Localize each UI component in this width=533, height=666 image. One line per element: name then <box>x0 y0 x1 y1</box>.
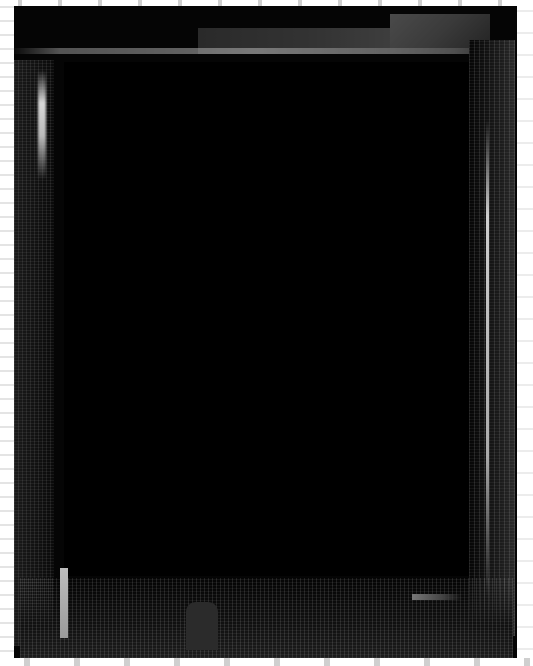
bottom-right-smudge <box>412 594 462 600</box>
left-rough-edge <box>0 0 14 666</box>
bottom-rough-edge <box>0 658 533 666</box>
left-white-streak <box>38 70 46 180</box>
bottom-brush-texture <box>20 578 513 658</box>
left-brush-texture <box>14 60 54 646</box>
top-light-streak <box>10 48 503 54</box>
right-brush-texture <box>469 40 515 636</box>
right-white-streak <box>486 120 489 600</box>
grunge-frame <box>0 0 533 666</box>
bottom-left-white-streak <box>60 568 68 638</box>
bottom-grey-patch <box>186 602 218 650</box>
right-rough-edge <box>517 0 533 666</box>
black-center-panel <box>64 62 469 576</box>
top-rough-edge <box>0 0 533 6</box>
